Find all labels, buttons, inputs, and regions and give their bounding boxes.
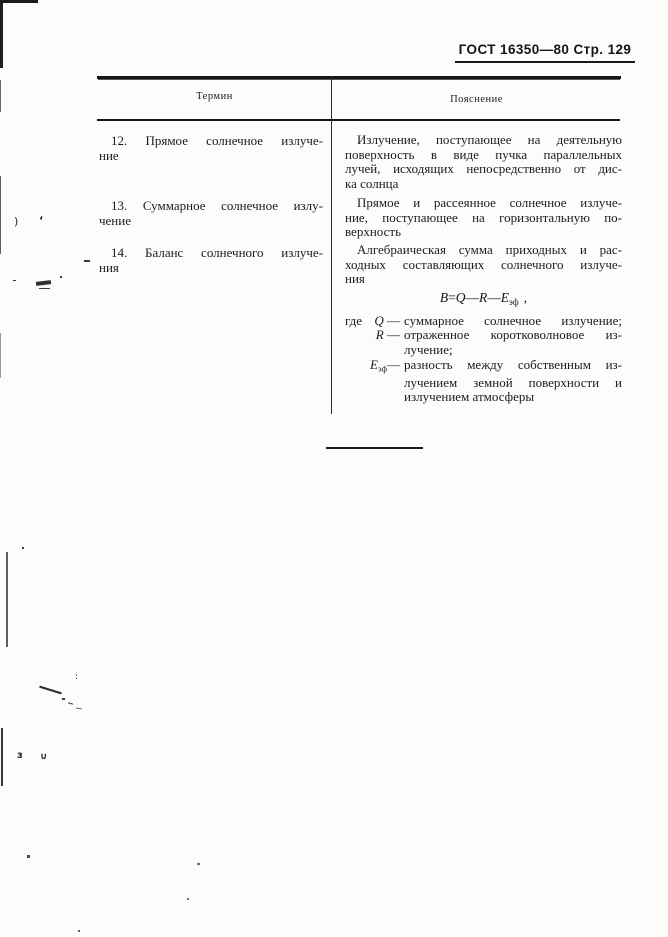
legend-line-e-cont2: излучением атмосферы	[345, 390, 622, 405]
ink-speck	[13, 280, 16, 281]
ink-speck: )	[14, 215, 18, 228]
scan-edge-shadow	[0, 0, 3, 68]
ink-speck	[84, 260, 90, 262]
ink-speck: з	[17, 750, 23, 761]
ink-speck	[76, 707, 82, 709]
scan-edge-shadow	[0, 176, 1, 254]
ink-speck	[68, 702, 73, 704]
column-header-term: Термин	[97, 91, 332, 102]
ink-speck	[62, 698, 65, 700]
ink-speck	[187, 898, 189, 900]
scan-edge-shadow	[1, 728, 3, 786]
page-running-head: ГОСТ 16350—80 Стр. 129	[455, 42, 635, 63]
ink-speck	[197, 863, 200, 865]
legend-intro: где	[345, 314, 362, 329]
ink-speck: ∪	[40, 752, 47, 762]
table-end-rule	[326, 447, 423, 449]
ink-smudge	[36, 280, 51, 286]
radiation-balance-formula: B=Q—R—Eэф,	[345, 290, 622, 306]
term-12: 12. Прямое солнечное излуче- ние	[99, 134, 323, 163]
scan-edge-shadow	[0, 333, 1, 378]
term-14: 14. Баланс солнечного излуче- ния	[99, 246, 323, 275]
scan-edge-shadow	[0, 80, 1, 112]
legend-line-r: R — отраженное коротковолновое из-	[345, 328, 622, 343]
explanation-12: Излучение, поступающее на деятельную пов…	[345, 133, 622, 191]
legend-line-e: Eэф— разность между собственным из-	[345, 358, 622, 376]
legend-line-e-cont1: лучением земной поверхности и	[345, 376, 622, 391]
legend-line-q: гдеQ — суммарное солнечное излучение;	[345, 314, 622, 329]
ink-speck	[78, 930, 80, 932]
scanned-document-page: ГОСТ 16350—80 Стр. 129 Термин Пояснение …	[0, 0, 668, 937]
ink-speck	[22, 547, 24, 549]
ink-speck: :	[75, 672, 78, 682]
ink-speck	[39, 288, 50, 289]
table-top-rule	[97, 76, 621, 79]
scan-edge-mark	[2, 0, 38, 3]
scan-edge-shadow	[6, 552, 8, 647]
legend-line-r-cont: лучение;	[345, 343, 622, 358]
explanation-14: Алгебраическая сумма приходных и рас- хо…	[345, 243, 622, 405]
ink-speck	[27, 855, 30, 858]
term-13: 13. Суммарное солнечное излу- чение	[99, 199, 323, 228]
explanation-13: Прямое и рассеянное солнечное излуче- ни…	[345, 196, 622, 240]
ink-speck	[60, 276, 62, 278]
ink-speck: ʻ	[39, 214, 43, 227]
column-header-explanation: Пояснение	[332, 94, 621, 105]
formula-legend: гдеQ — суммарное солнечное излучение; R …	[345, 314, 622, 405]
pen-scratch	[39, 686, 62, 694]
table-body: 12. Прямое солнечное излуче- ние 13. Сум…	[97, 121, 621, 521]
